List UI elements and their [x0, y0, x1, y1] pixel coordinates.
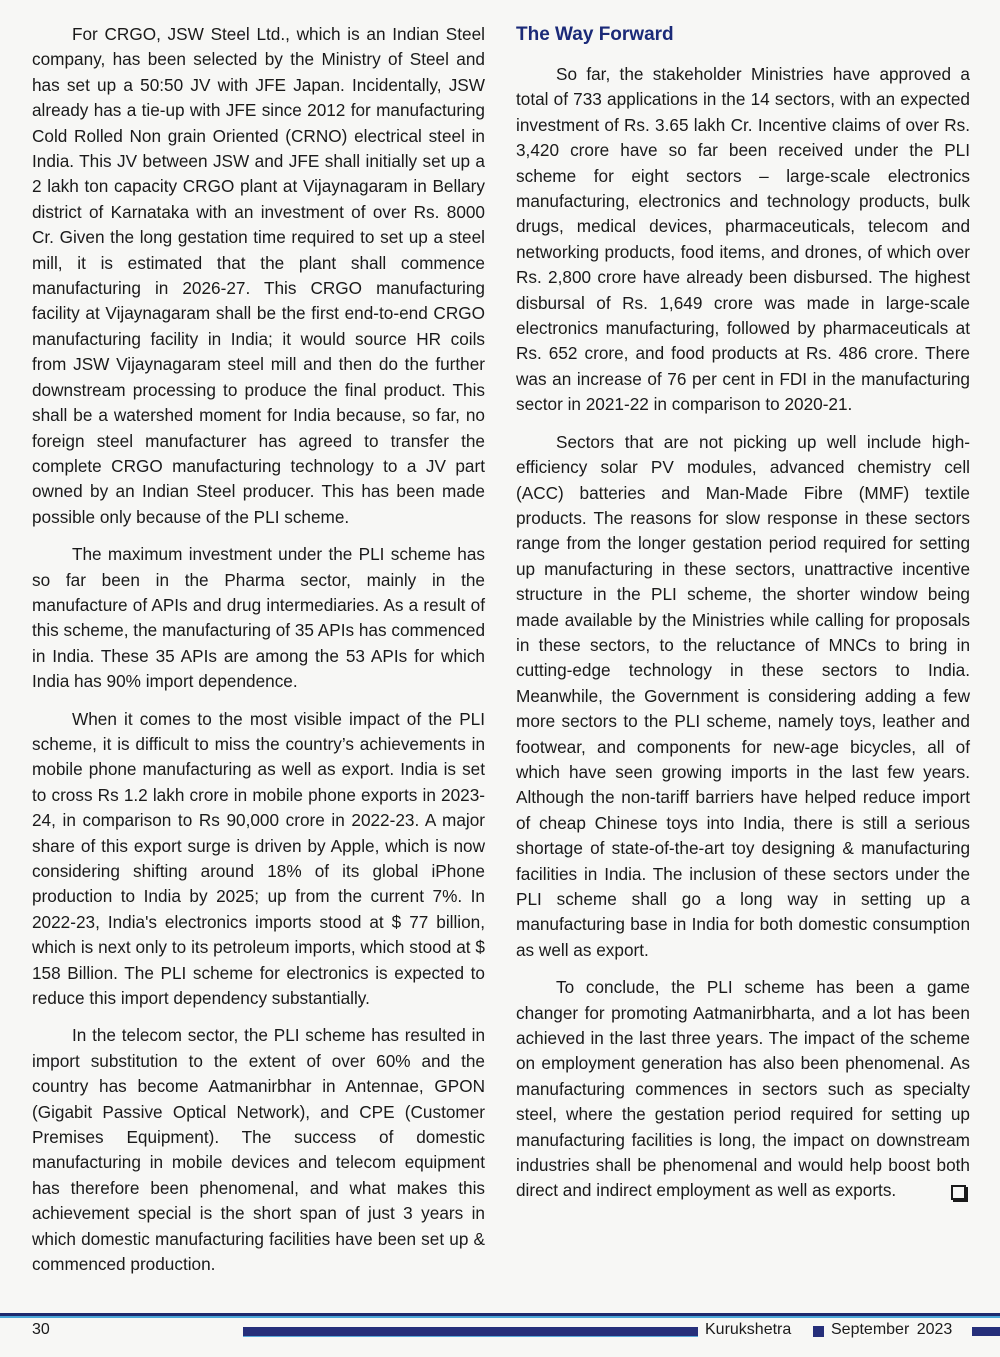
paragraph-telecom: In the telecom sector, the PLI scheme ha…: [32, 1023, 485, 1277]
paragraph-approvals: So far, the stakeholder Ministries have …: [516, 62, 970, 418]
right-column: The Way Forward So far, the stakeholder …: [516, 22, 970, 1216]
paragraph-crgo-jv: For CRGO, JSW Steel Ltd., which is an In…: [32, 22, 485, 530]
paragraph-conclusion: To conclude, the PLI scheme has been a g…: [516, 975, 970, 1204]
footer-end-bar: [972, 1327, 1000, 1336]
section-heading: The Way Forward: [516, 22, 970, 48]
page-number: 30: [32, 1321, 50, 1339]
publication-name: Kurukshetra: [705, 1321, 791, 1339]
paragraph-mobile-phones: When it comes to the most visible impact…: [32, 707, 485, 1012]
issue-date: September 2023: [831, 1321, 952, 1339]
footer-separator-square-icon: [813, 1326, 824, 1337]
end-of-article-square-icon: [951, 1185, 966, 1200]
paragraph-pharma: The maximum investment under the PLI sch…: [32, 542, 485, 694]
page-footer: 30 Kurukshetra September 2023: [0, 1319, 1000, 1341]
footer-decorative-bar: [243, 1327, 698, 1337]
conclusion-text: To conclude, the PLI scheme has been a g…: [516, 977, 970, 1200]
left-column: For CRGO, JSW Steel Ltd., which is an In…: [32, 22, 485, 1290]
paragraph-lagging-sectors: Sectors that are not picking up well inc…: [516, 430, 970, 964]
footer-rule-highlight: [0, 1316, 1000, 1318]
magazine-page: For CRGO, JSW Steel Ltd., which is an In…: [0, 0, 1000, 1357]
